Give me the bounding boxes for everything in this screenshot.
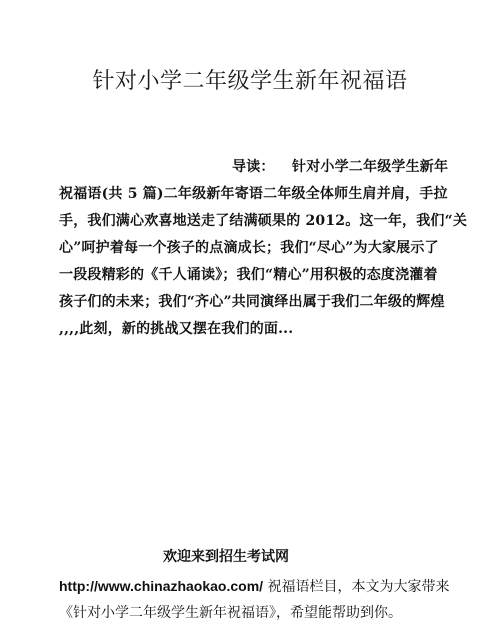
intro-first-line: 针对小学二年级学生新年 [292, 156, 448, 176]
intro-line: 心”呵护着每一个孩子的点滴成长；我们“尽心”为大家展示了 [59, 237, 439, 257]
document-title: 针对小学二年级学生新年祝福语 [0, 64, 500, 95]
intro-line: 孩子们的未来；我们“齐心”共同演绎出属于我们二年级的辉煌 [59, 291, 445, 311]
intro-line: 祝福语(共 5 篇)二年级新年寄语二年级全体师生肩并肩，手拉 [59, 183, 448, 203]
intro-line: 一段段精彩的《千人诵读》；我们“精心”用积极的态度浇灌着 [59, 264, 438, 284]
intro-label: 导读： [232, 156, 275, 176]
intro-line: ,,,,此刻，新的挑战又摆在我们的面... [59, 318, 293, 338]
intro-line: 手，我们满心欢喜地送走了结满硕果的 2012。这一年，我们“关 [59, 210, 467, 230]
footer-line-2: http://www.chinazhaokao.com/ 祝福语栏目，本文为大家… [59, 576, 450, 596]
footer-line-2-text: 祝福语栏目，本文为大家带来 [263, 579, 449, 595]
site-link[interactable]: http://www.chinazhaokao.com/ [59, 578, 263, 594]
footer-welcome: 欢迎来到招生考试网 [163, 546, 289, 566]
footer-line-3: 《针对小学二年级学生新年祝福语》，希望能帮助到你。 [59, 602, 402, 622]
